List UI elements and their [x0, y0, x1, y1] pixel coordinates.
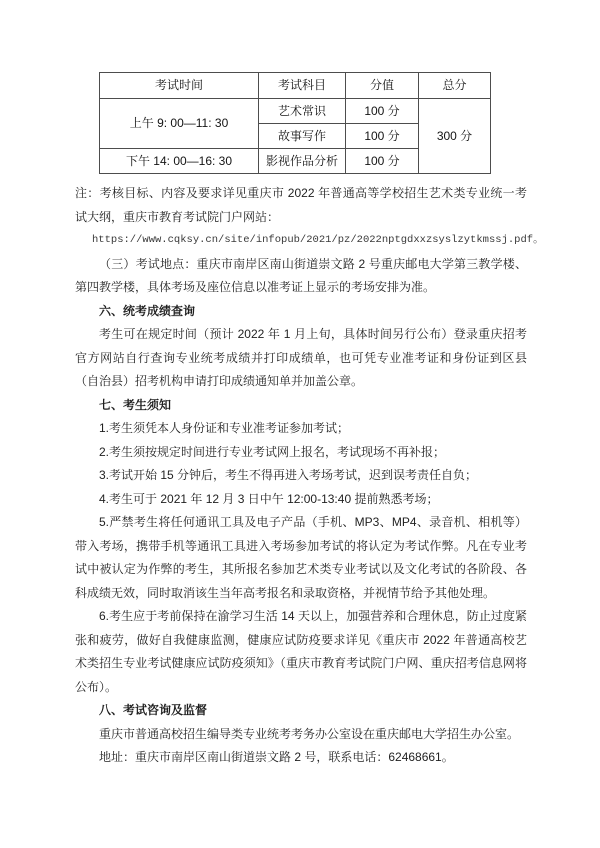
- notice-item-1: 1.考生须凭本人身份证和专业准考证参加考试；: [75, 417, 527, 441]
- notice-item-2: 2.考生须按规定时间进行专业考试网上报名，考试现场不再补报；: [75, 441, 527, 465]
- header-exam-time: 考试时间: [100, 73, 259, 99]
- table-header-row: 考试时间 考试科目 分值 总分: [100, 73, 491, 99]
- paragraph-exam-location: （三）考试地点：重庆市南岸区南山街道崇文路 2 号重庆邮电大学第三教学楼、第四教…: [75, 253, 527, 300]
- paragraph-score-query: 考生可在规定时间（预计 2022 年 1 月上旬，具体时间另行公布）登录重庆招考…: [75, 323, 527, 394]
- cell-total-score: 300 分: [419, 99, 491, 174]
- note-paragraph: 注：考核目标、内容及要求详见重庆市 2022 年普通高等学校招生艺术类专业统一考…: [75, 182, 527, 229]
- notice-item-6: 6.考生应于考前保持在渝学习生活 14 天以上，加强营养和合理休息，防止过度紧张…: [75, 605, 527, 699]
- document-body: 注：考核目标、内容及要求详见重庆市 2022 年普通高等学校招生艺术类专业统一考…: [75, 182, 527, 770]
- exam-schedule-table: 考试时间 考试科目 分值 总分 上午 9: 00—11: 30 艺术常识 100…: [99, 72, 491, 174]
- cell-subject-story: 故事写作: [259, 124, 346, 149]
- cell-time-afternoon: 下午 14: 00—16: 30: [100, 149, 259, 174]
- header-exam-subject: 考试科目: [259, 73, 346, 99]
- table-row: 上午 9: 00—11: 30 艺术常识 100 分 300 分: [100, 99, 491, 124]
- exam-outline-url: https://www.cqksy.cn/site/infopub/2021/p…: [75, 229, 527, 253]
- document-page: 考试时间 考试科目 分值 总分 上午 9: 00—11: 30 艺术常识 100…: [0, 0, 600, 848]
- section-heading-eight: 八、考试咨询及监督: [75, 699, 527, 723]
- cell-score-film: 100 分: [346, 149, 419, 174]
- cell-time-morning: 上午 9: 00—11: 30: [100, 99, 259, 149]
- notice-item-5: 5.严禁考生将任何通讯工具及电子产品（手机、MP3、MP4、录音机、相机等）带入…: [75, 511, 527, 605]
- notice-item-3: 3.考试开始 15 分钟后，考生不得再进入考场考试，迟到误考责任自负；: [75, 464, 527, 488]
- cell-score-story: 100 分: [346, 124, 419, 149]
- cell-subject-film: 影视作品分析: [259, 149, 346, 174]
- paragraph-address-phone: 地址：重庆市南岸区南山街道崇文路 2 号，联系电话：62468661。: [75, 746, 527, 770]
- header-score: 分值: [346, 73, 419, 99]
- header-total: 总分: [419, 73, 491, 99]
- paragraph-consult-office: 重庆市普通高校招生编导类专业统考考务办公室设在重庆邮电大学招生办公室。: [75, 723, 527, 747]
- notice-item-4: 4.考生可于 2021 年 12 月 3 日中午 12:00-13:40 提前熟…: [75, 488, 527, 512]
- section-heading-six: 六、统考成绩查询: [75, 300, 527, 324]
- section-heading-seven: 七、考生须知: [75, 394, 527, 418]
- cell-subject-art: 艺术常识: [259, 99, 346, 124]
- cell-score-art: 100 分: [346, 99, 419, 124]
